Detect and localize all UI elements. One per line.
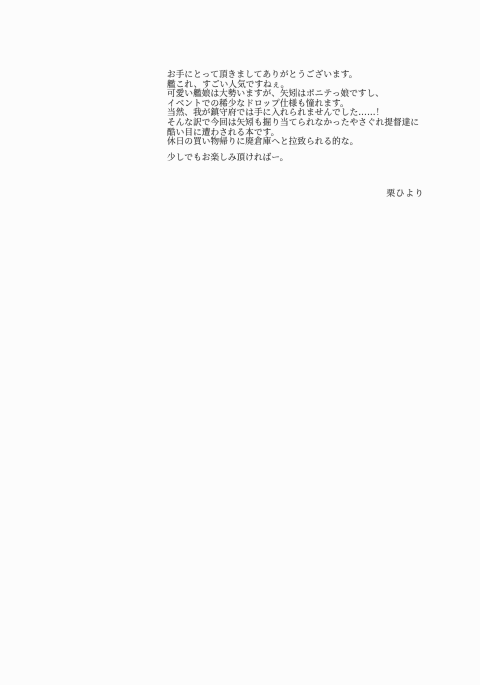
scanned-afterword-page: お手にとって頂きましてありがとうございます。 艦これ、すごい人気ですねぇ。 可愛…	[0, 0, 480, 685]
afterword-line: 休日の買い物帰りに廃倉庫へと拉致られる的な。	[167, 138, 419, 148]
author-signature: 栗ひより	[167, 189, 424, 199]
afterword-closing-line: 少しでもお楽しみ頂ければー。	[167, 154, 419, 164]
afterword-text-block: お手にとって頂きましてありがとうございます。 艦これ、すごい人気ですねぇ。 可愛…	[167, 71, 419, 163]
